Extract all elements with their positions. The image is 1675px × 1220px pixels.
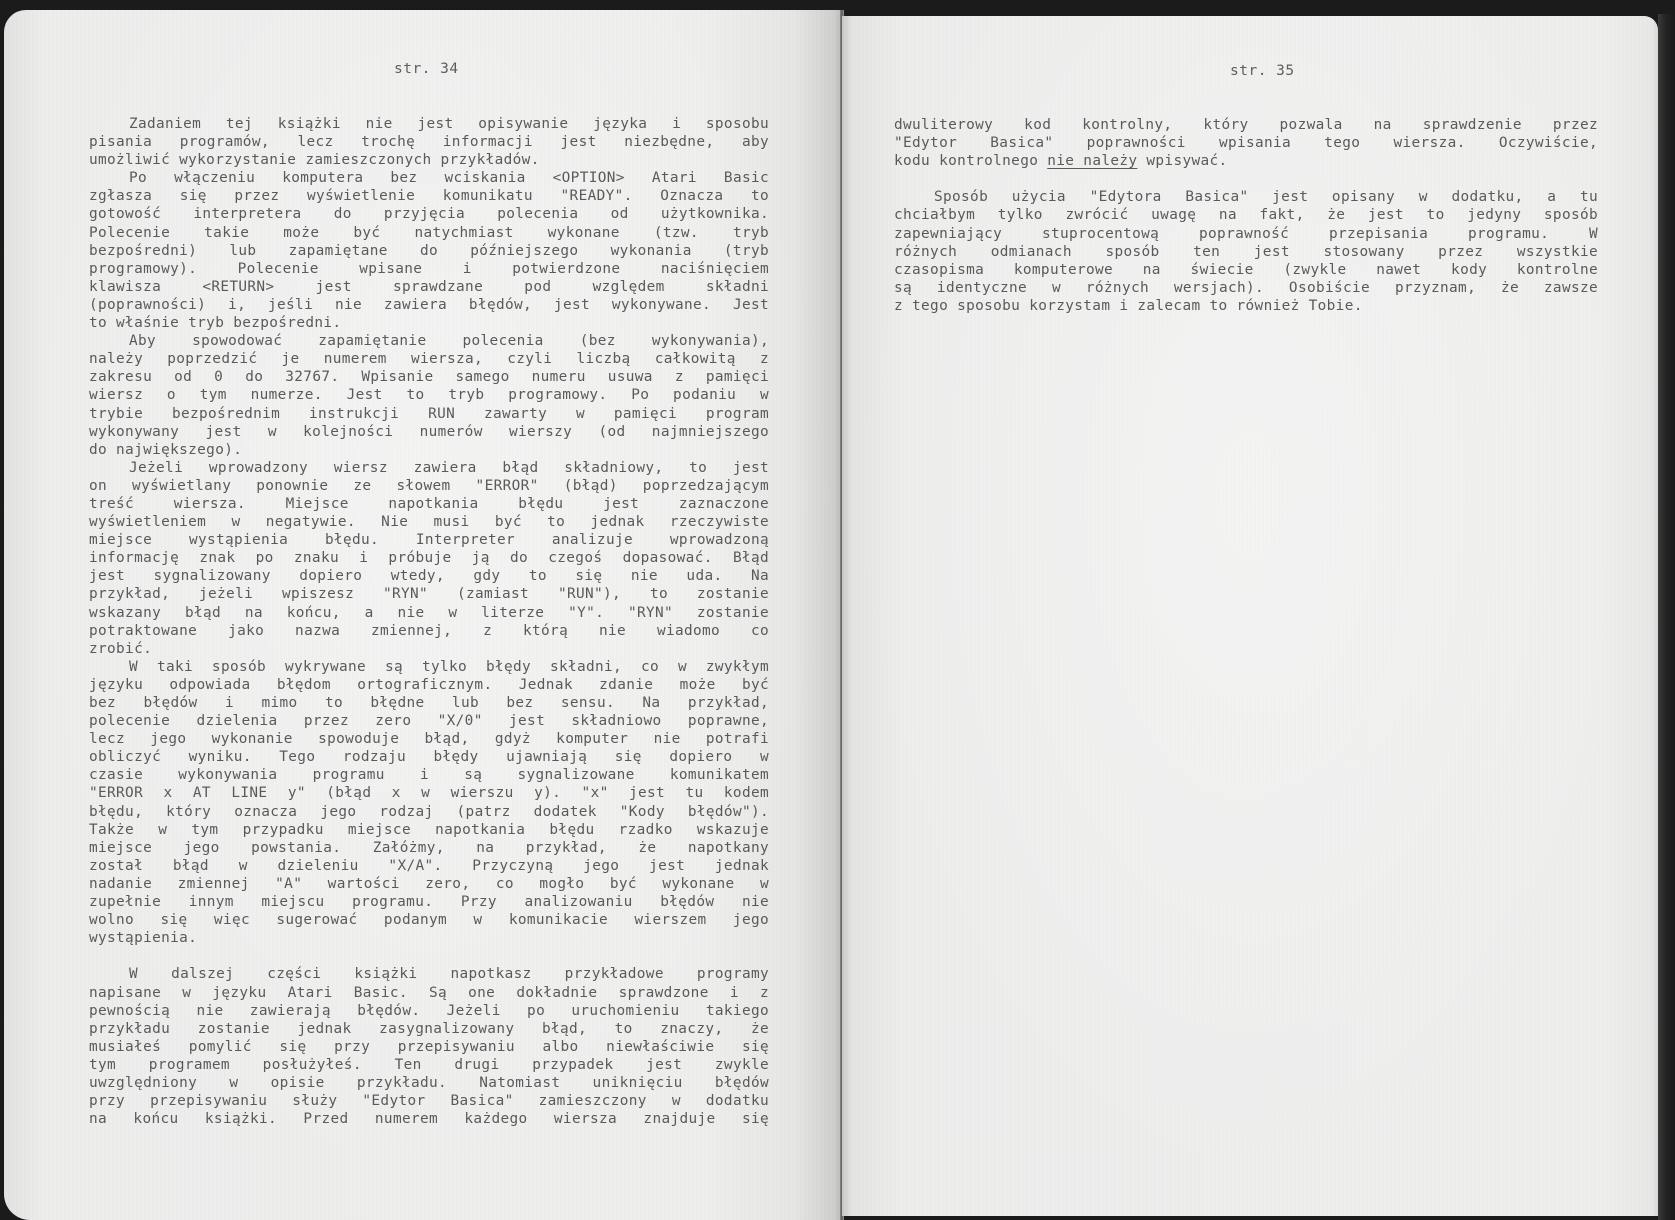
text-line: Zadaniem tej książki nie jest opisywanie… — [89, 115, 769, 133]
text-line: miejsce wystąpienia błędu. Interpreter a… — [89, 531, 769, 549]
text-line: przykład, jeżeli wpiszesz "RYN" (zamiast… — [89, 585, 769, 603]
text-line: to właśnie tryb bezpośredni. — [89, 314, 769, 332]
text-line: są identyczne w różnych wersjach). Osobi… — [894, 279, 1598, 297]
paragraph-gap — [894, 170, 1598, 188]
text-line: napisane w języku Atari Basic. Są one do… — [89, 984, 769, 1002]
page-stack-edge — [1658, 14, 1675, 1220]
text-line: umożliwić wykorzystanie zamieszczonych p… — [89, 151, 769, 169]
right-page-body: dwuliterowy kod kontrolny, który pozwala… — [894, 116, 1598, 315]
text-line: musiałeś pomylić się przy przepisywaniu … — [89, 1038, 769, 1056]
text-line: błędu, który oznacza jego rodzaj (patrz … — [89, 803, 769, 821]
text-line: gotowość interpretera do przyjęcia polec… — [89, 205, 769, 223]
text-line: uwzględniony w opisie przykładu. Natomia… — [89, 1074, 769, 1092]
text-line: dwuliterowy kod kontrolny, który pozwala… — [894, 116, 1598, 134]
book-spread: str. 34 Zadaniem tej książki nie jest op… — [0, 0, 1675, 1220]
text-line: wykonywany jest w kolejności numerów wie… — [89, 423, 769, 441]
text-line: bezpośredni) lub zapamiętane do późniejs… — [89, 242, 769, 260]
text-line: do największego). — [89, 441, 769, 459]
text-line: różnych odmianach sposób ten jest stosow… — [894, 243, 1598, 261]
text-line: miejsce jego powstania. Załóżmy, na przy… — [89, 839, 769, 857]
text-line: nadanie zmiennej "A" wartości zero, co m… — [89, 875, 769, 893]
text-line: wiersz o tym numerze. Jest to tryb progr… — [89, 386, 769, 404]
text-line: należy poprzedzić je numerem wiersza, cz… — [89, 350, 769, 368]
text-line: został błąd w dzieleniu "X/A". Przyczyną… — [89, 857, 769, 875]
text-line: Aby spowodować zapamiętanie polecenia (b… — [89, 332, 769, 350]
text-line: jest sygnalizowany dopiero wtedy, gdy to… — [89, 567, 769, 585]
text-line: Polecenie takie może być natychmiast wyk… — [89, 224, 769, 242]
text-line: Jeżeli wprowadzony wiersz zawiera błąd s… — [89, 459, 769, 477]
text-line: treść wiersza. Miejsce napotkania błędu … — [89, 495, 769, 513]
text-line: potraktowane jako nazwa zmiennej, z któr… — [89, 622, 769, 640]
text-line: zupełnie innym miejscu programu. Przy an… — [89, 893, 769, 911]
text-line: klawisza <RETURN> jest sprawdzane pod wz… — [89, 278, 769, 296]
text-line: wolno się więc sugerować podanym w komun… — [89, 911, 769, 929]
text-line: trybie bezpośrednim instrukcji RUN zawar… — [89, 405, 769, 423]
text-line: programowy). Polecenie wpisane i potwier… — [89, 260, 769, 278]
left-page-body: Zadaniem tej książki nie jest opisywanie… — [89, 115, 769, 1128]
text-line: Po włączeniu komputera bez wciskania <OP… — [89, 169, 769, 187]
text-segment: kodu kontrolnego — [894, 153, 1047, 169]
text-line: przy przepisywaniu służy "Edytor Basica"… — [89, 1092, 769, 1110]
text-line: "Edytor Basica" poprawności wpisania teg… — [894, 134, 1598, 152]
right-page: str. 35 dwuliterowy kod kontrolny, który… — [842, 16, 1658, 1216]
text-line: zakresu od 0 do 32767. Wpisanie samego n… — [89, 368, 769, 386]
text-line: zapewniający stuprocentową poprawność pr… — [894, 225, 1598, 243]
underlined-emphasis: nie należy — [1047, 153, 1137, 169]
text-line: zrobić. — [89, 640, 769, 658]
page-number-left: str. 34 — [394, 61, 459, 77]
text-line: informację znak po znaku i próbuje ją do… — [89, 549, 769, 567]
text-line: W taki sposób wykrywane są tylko błędy s… — [89, 658, 769, 676]
text-segment: wpisywać. — [1137, 153, 1227, 169]
text-line: obliczyć wyniku. Tego rodzaju błędy ujaw… — [89, 748, 769, 766]
text-line: "ERROR x AT LINE y" (błąd x w wierszu y)… — [89, 784, 769, 802]
text-line: bez błędów i mimo to błędne lub bez sens… — [89, 694, 769, 712]
text-line: przykładu zostanie jednak zasygnalizowan… — [89, 1020, 769, 1038]
page-number-right: str. 35 — [1230, 63, 1295, 79]
text-line: chciałbym tylko zwrócić uwagę na fakt, ż… — [894, 206, 1598, 224]
text-line: czasopisma komputerowe na świecie (zwykl… — [894, 261, 1598, 279]
text-line: (poprawności) i, jeśli nie zawiera błędó… — [89, 296, 769, 314]
text-line: wystąpienia. — [89, 929, 769, 947]
text-line: Także w tym przypadku miejsce napotkania… — [89, 821, 769, 839]
text-line: polecenie dzielenia przez zero "X/0" jes… — [89, 712, 769, 730]
text-line: tym programem posłużyłeś. Ten drugi przy… — [89, 1056, 769, 1074]
text-line: na końcu książki. Przed numerem każdego … — [89, 1110, 769, 1128]
text-line: Sposób użycia "Edytora Basica" jest opis… — [894, 188, 1598, 206]
text-line: języku odpowiada błędom ortograficznym. … — [89, 676, 769, 694]
text-line: W dalszej części książki napotkasz przyk… — [89, 965, 769, 983]
text-line: czasie wykonywania programu i są sygnali… — [89, 766, 769, 784]
left-page: str. 34 Zadaniem tej książki nie jest op… — [4, 10, 842, 1220]
text-line: kodu kontrolnego nie należy wpisywać. — [894, 152, 1598, 170]
paragraph-gap — [89, 947, 769, 965]
text-line: wyświetleniem w negatywie. Nie musi być … — [89, 513, 769, 531]
text-line: lecz jego wykonanie spowoduje błąd, gdyż… — [89, 730, 769, 748]
text-line: zgłasza się przez wyświetlenie komunikat… — [89, 187, 769, 205]
text-line: pewnością nie zawierają błędów. Jeżeli p… — [89, 1002, 769, 1020]
text-line: z tego sposobu korzystam i zalecam to ró… — [894, 297, 1598, 315]
text-line: wskazany błąd na końcu, a nie w literze … — [89, 604, 769, 622]
text-line: on wyświetlany ponownie ze słowem "ERROR… — [89, 477, 769, 495]
text-line: pisania programów, lecz trochę informacj… — [89, 133, 769, 151]
